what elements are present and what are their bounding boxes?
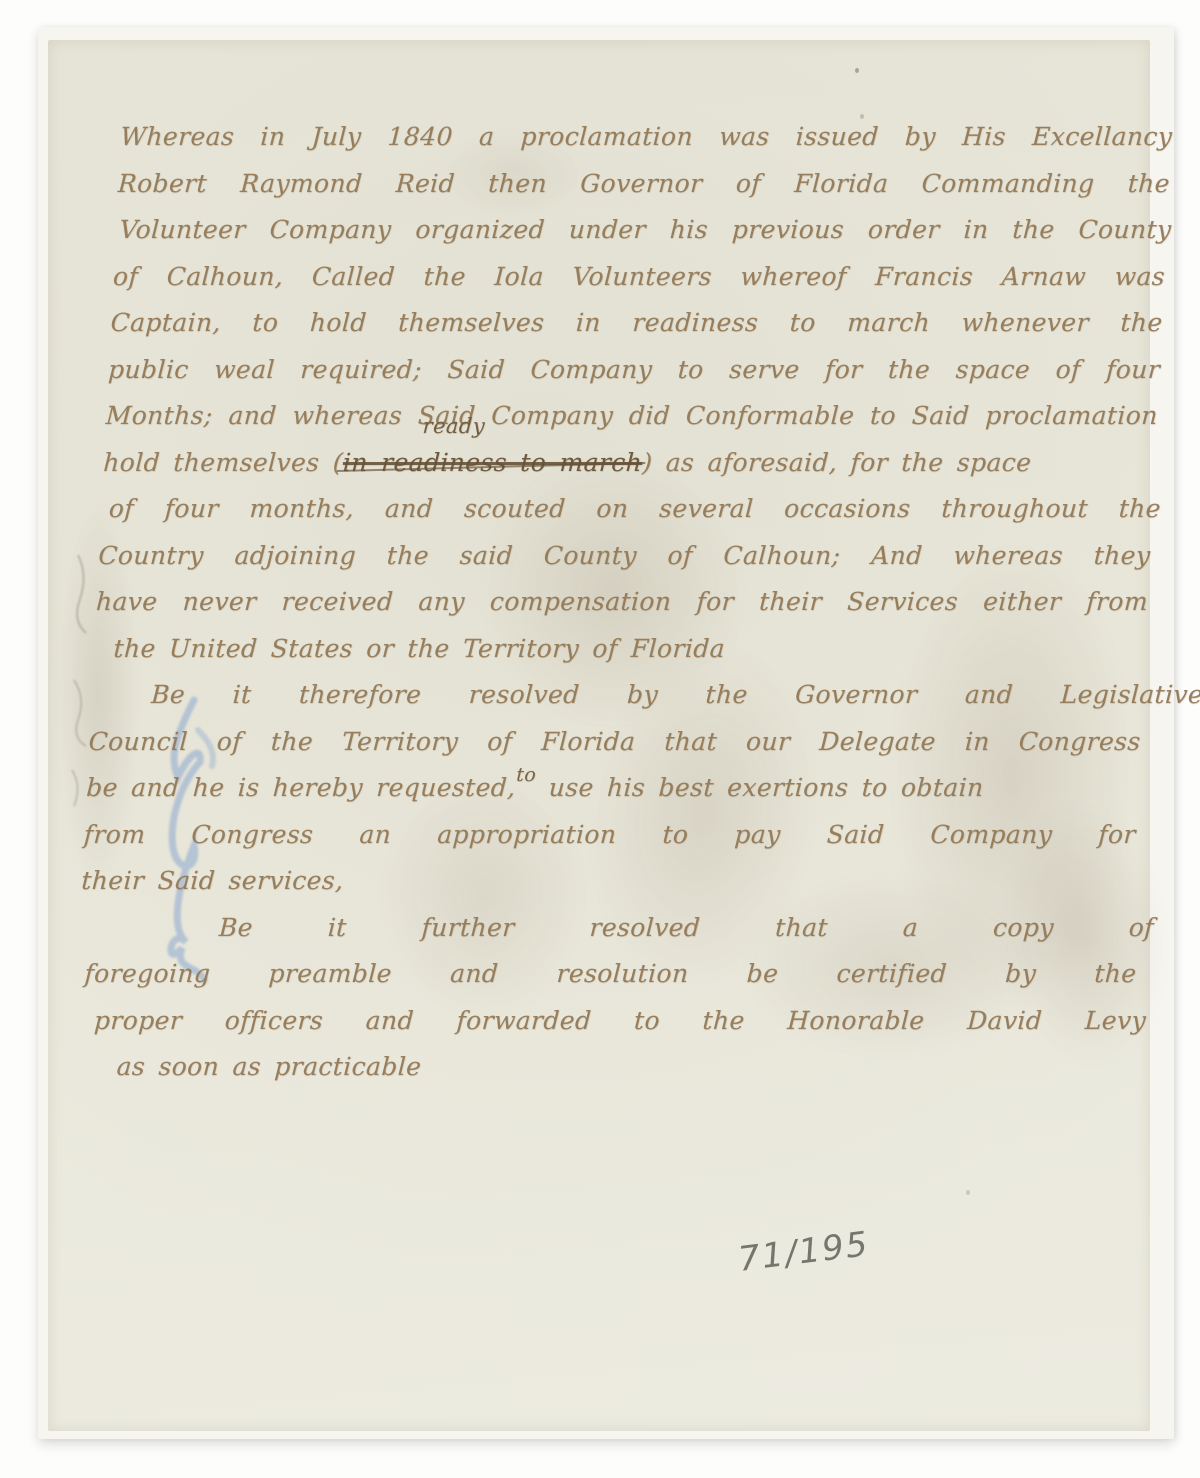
manuscript-line-text: use his best exertions to obtain (535, 773, 985, 802)
manuscript-line-text: Country adjoining the said County of Cal… (98, 541, 1152, 570)
manuscript-line-text: ) as aforesaid, for the space (642, 448, 1033, 477)
manuscript-line-text: from Congress an appropriation to pay Sa… (83, 820, 1137, 849)
manuscript-line-text: of four months, and scouted on several o… (108, 494, 1162, 523)
manuscript-line-text: their Said services, (81, 866, 345, 895)
manuscript-line: public weal required; Said Company to se… (107, 347, 1161, 394)
manuscript-line: their Said services, (80, 858, 1134, 905)
archival-page-number: 71/195 (736, 1224, 872, 1280)
manuscript-line-text: hold themselves ( (103, 448, 344, 477)
manuscript-line: Be it therefore resolved by the Governor… (90, 672, 1200, 719)
manuscript-line-text: Whereas in July 1840 a proclamation was … (120, 122, 1174, 151)
manuscript-line-text: Volunteer Company organized under his pr… (119, 215, 1173, 244)
manuscript-line: hold themselves (readyin readiness to ma… (102, 440, 1156, 487)
manuscript-line: be and he is hereby requested,to use his… (85, 765, 1139, 812)
pencil-speck (966, 1190, 970, 1195)
manuscript-line-text: Months; and whereas Said Company did Con… (105, 401, 1159, 430)
struck-passage: readyin readiness to march (342, 440, 644, 487)
manuscript-line: Months; and whereas Said Company did Con… (105, 393, 1159, 440)
manuscript-line: have never received any compensation for… (95, 579, 1149, 626)
manuscript-line-text: Council of the Territory of Florida that… (88, 727, 1142, 756)
ink-speck (855, 68, 859, 73)
manuscript-line: Volunteer Company organized under his pr… (114, 207, 1172, 254)
manuscript-text-block: Whereas in July 1840 a proclamation was … (70, 114, 1173, 1091)
manuscript-line-text: be and he is hereby requested, (86, 773, 517, 802)
manuscript-line-text: as soon as practicable (116, 1052, 422, 1081)
manuscript-line: Whereas in July 1840 a proclamation was … (119, 114, 1173, 161)
manuscript-line-text: foregoing preamble and resolution be cer… (84, 959, 1138, 988)
manuscript-line: Council of the Territory of Florida that… (87, 719, 1141, 766)
manuscript-line-text: public weal required; Said Company to se… (107, 355, 1161, 384)
manuscript-line-text: Be it therefore resolved by the Governor… (150, 680, 1200, 709)
manuscript-line: from Congress an appropriation to pay Sa… (83, 812, 1137, 859)
manuscript-line: the United States or the Territory of Fl… (92, 626, 1166, 673)
manuscript-line: Captain, to hold themselves in readiness… (109, 300, 1163, 347)
manuscript-line-text: the United States or the Territory of Fl… (113, 634, 726, 663)
manuscript-line: foregoing preamble and resolution be cer… (75, 951, 1137, 998)
manuscript-line: of four months, and scouted on several o… (100, 486, 1162, 533)
manuscript-page: Whereas in July 1840 a proclamation was … (48, 40, 1150, 1431)
manuscript-line-text: Robert Raymond Reid then Governor of Flo… (117, 169, 1171, 198)
manuscript-line: Country adjoining the said County of Cal… (97, 533, 1151, 580)
manuscript-line: of Calhoun, Called the Iola Volunteers w… (112, 254, 1166, 301)
manuscript-line-text: of Calhoun, Called the Iola Volunteers w… (112, 262, 1166, 291)
manuscript-line-text: have never received any compensation for… (95, 587, 1149, 616)
manuscript-line: Robert Raymond Reid then Governor of Flo… (117, 161, 1171, 208)
manuscript-line-text: proper officers and forwarded to the Hon… (93, 1006, 1147, 1035)
manuscript-line: as soon as practicable (70, 1044, 1169, 1091)
inserted-word: to (515, 752, 537, 799)
scan-background: Whereas in July 1840 a proclamation was … (0, 0, 1200, 1478)
manuscript-line-text: Be it further resolved that a copy of th… (218, 913, 1200, 942)
inserted-word-above: ready (422, 416, 485, 437)
manuscript-line-text: Captain, to hold themselves in readiness… (110, 308, 1164, 337)
manuscript-line: proper officers and forwarded to the Hon… (73, 998, 1147, 1045)
manuscript-line: Be it further resolved that a copy of th… (78, 905, 1200, 952)
